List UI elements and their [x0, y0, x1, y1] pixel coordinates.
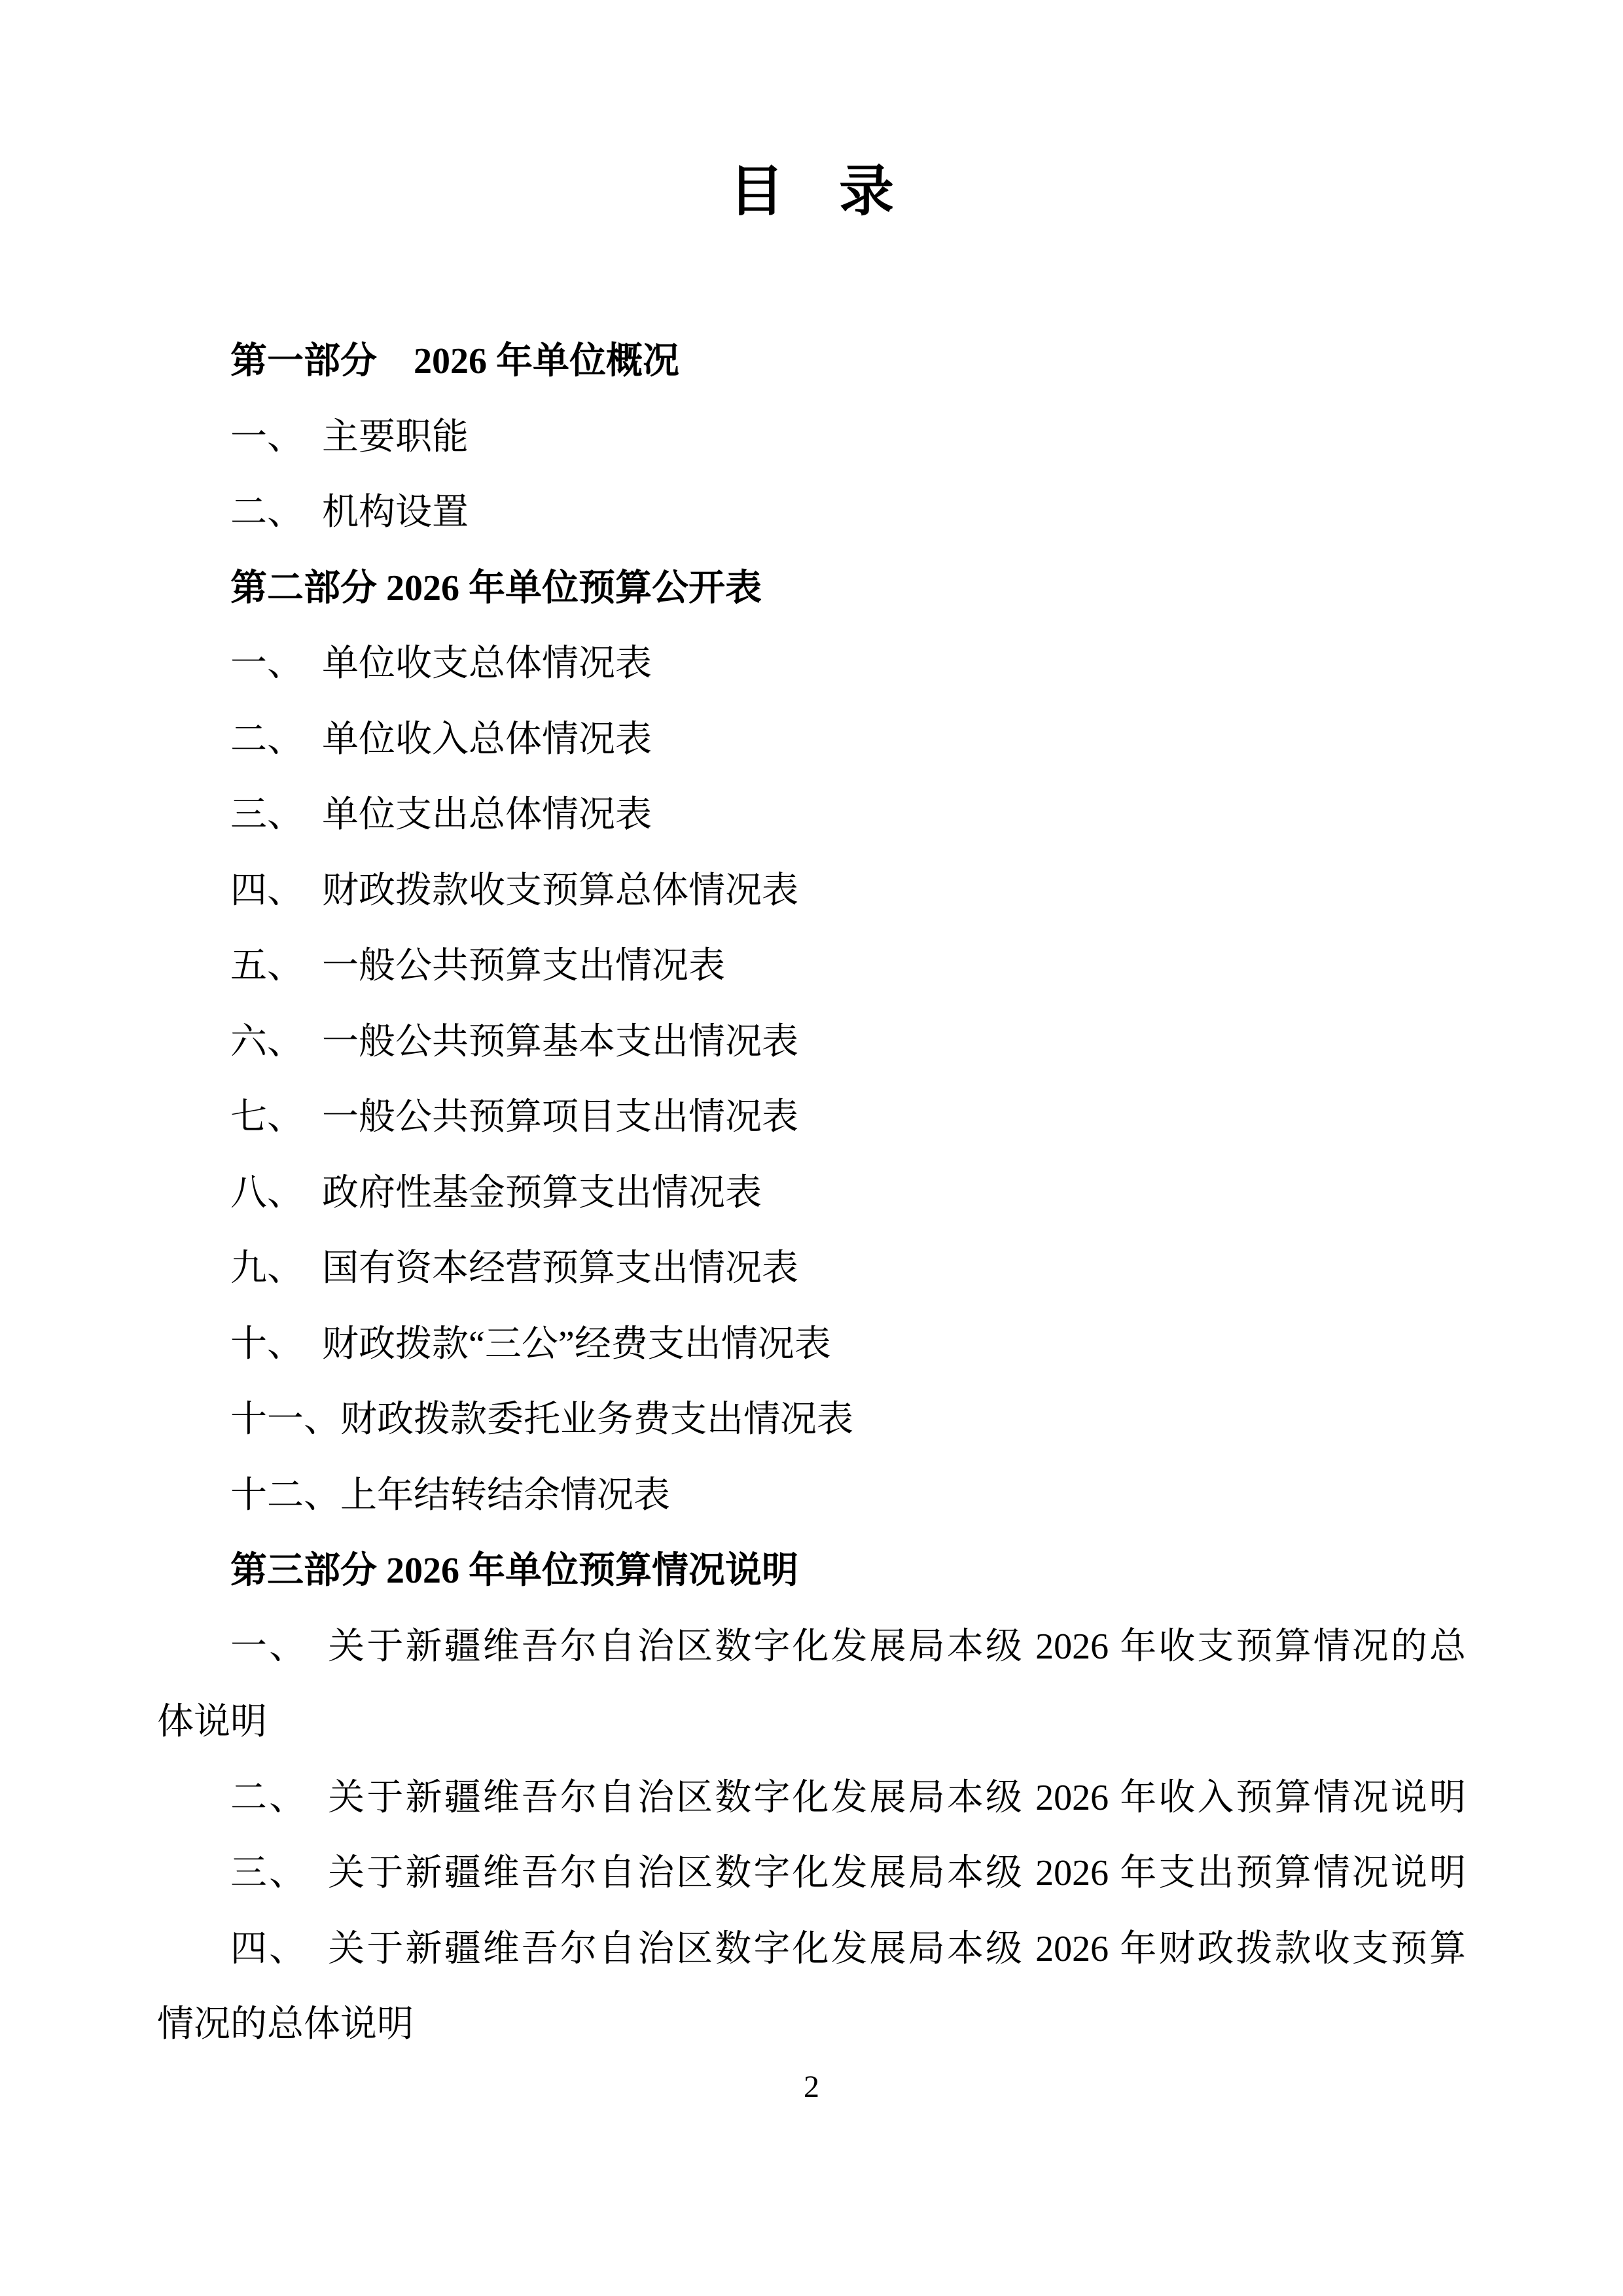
page-title: 目 录 [0, 161, 1623, 221]
toc-section-header-part1: 第一部分 2026 年单位概况 [157, 324, 1466, 400]
toc-entry-continuation: 情况的总体说明 [157, 1987, 1466, 2063]
toc-entry: 二、 单位收入总体情况表 [157, 702, 1466, 778]
page-number: 2 [0, 2068, 1623, 2106]
table-of-contents: 第一部分 2026 年单位概况 一、 主要职能 二、 机构设置 第二部分 202… [157, 324, 1466, 2063]
toc-entry: 五、 一般公共预算支出情况表 [157, 929, 1466, 1005]
toc-entry-continuation: 体说明 [157, 1685, 1466, 1761]
toc-entry: 九、 国有资本经营预算支出情况表 [157, 1231, 1466, 1307]
toc-entry: 四、 财政拨款收支预算总体情况表 [157, 853, 1466, 929]
toc-entry: 一、 主要职能 [157, 400, 1466, 476]
toc-entry: 十、 财政拨款“三公”经费支出情况表 [157, 1307, 1466, 1383]
toc-section-header-part2: 第二部分 2026 年单位预算公开表 [157, 551, 1466, 627]
toc-entry: 三、 关于新疆维吾尔自治区数字化发展局本级 2026 年支出预算情况说明 [157, 1836, 1466, 1912]
toc-entry: 六、 一般公共预算基本支出情况表 [157, 1005, 1466, 1081]
toc-entry: 二、 关于新疆维吾尔自治区数字化发展局本级 2026 年收入预算情况说明 [157, 1761, 1466, 1837]
toc-entry: 七、 一般公共预算项目支出情况表 [157, 1080, 1466, 1156]
toc-page: 目 录 第一部分 2026 年单位概况 一、 主要职能 二、 机构设置 第二部分… [0, 0, 1623, 2296]
toc-entry: 一、 关于新疆维吾尔自治区数字化发展局本级 2026 年收支预算情况的总 [157, 1609, 1466, 1685]
toc-entry: 八、 政府性基金预算支出情况表 [157, 1156, 1466, 1232]
toc-entry: 二、 机构设置 [157, 475, 1466, 551]
toc-entry: 一、 单位收支总体情况表 [157, 626, 1466, 702]
toc-entry: 十二、上年结转结余情况表 [157, 1458, 1466, 1534]
toc-entry: 三、 单位支出总体情况表 [157, 778, 1466, 853]
toc-entry: 十一、财政拨款委托业务费支出情况表 [157, 1382, 1466, 1458]
toc-section-header-part3: 第三部分 2026 年单位预算情况说明 [157, 1534, 1466, 1609]
toc-entry: 四、 关于新疆维吾尔自治区数字化发展局本级 2026 年财政拨款收支预算 [157, 1912, 1466, 1988]
